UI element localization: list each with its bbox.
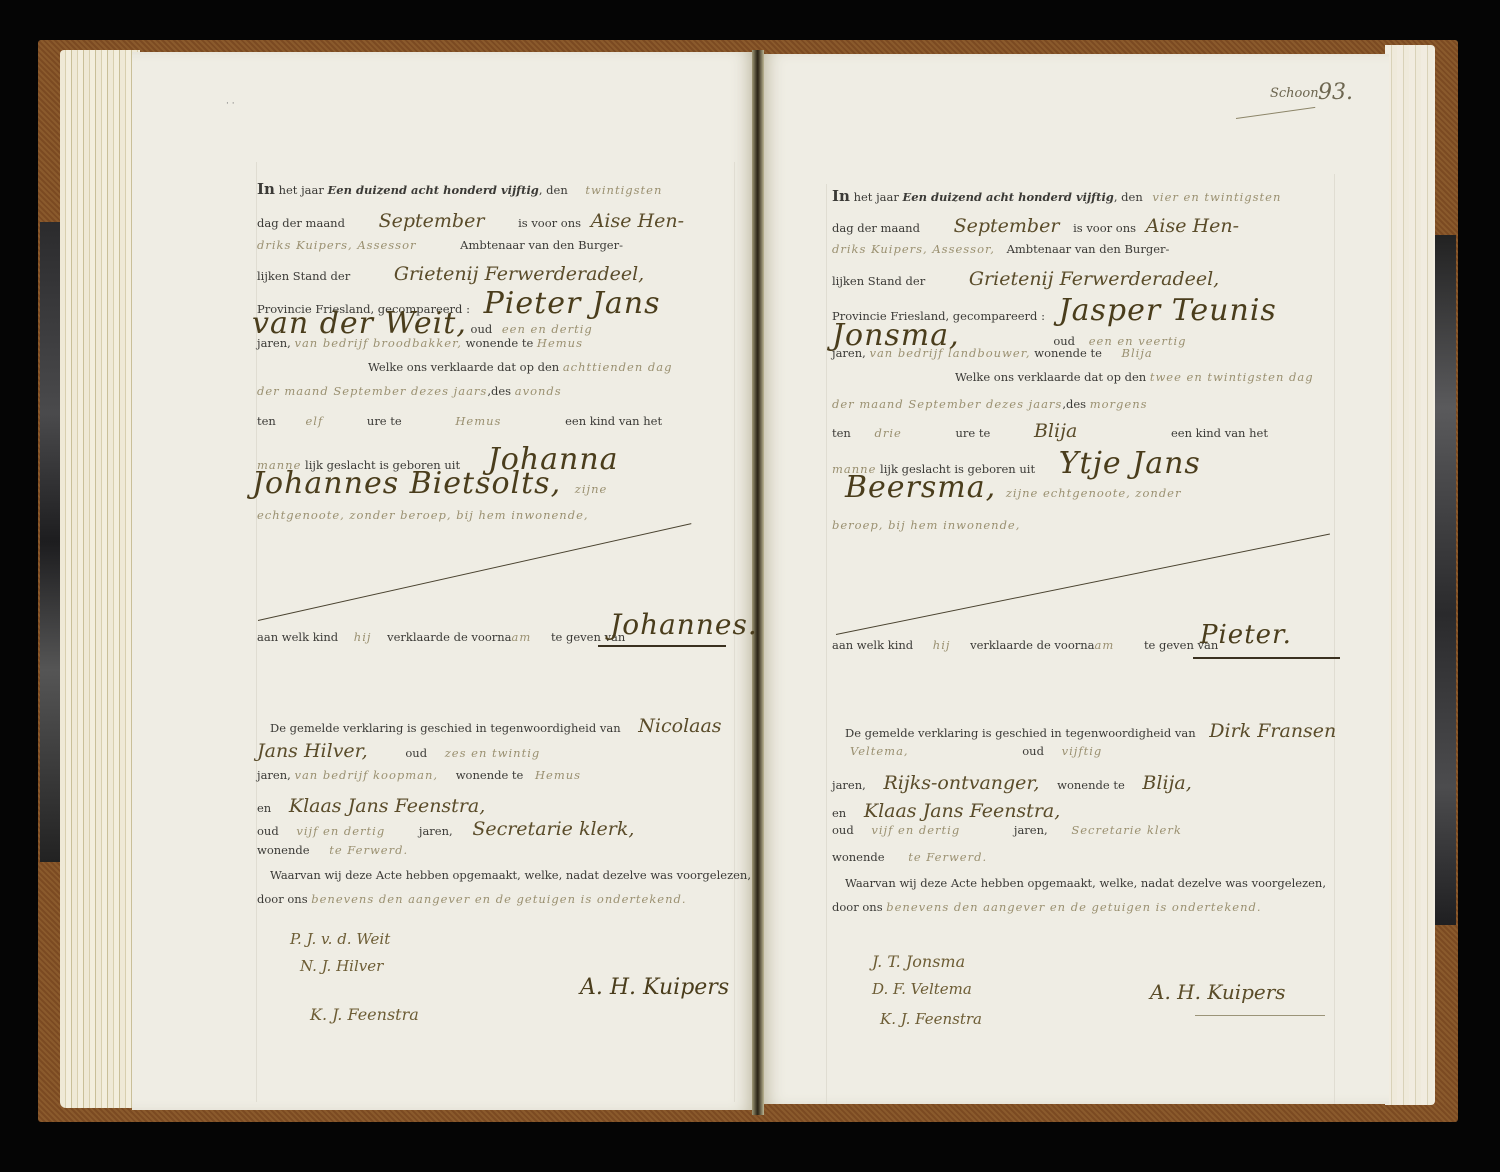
label-oud: oud: [405, 746, 427, 760]
handwritten-witness2-occupation: Secretarie klerk,: [472, 818, 634, 840]
label-een-kind: een kind van het: [565, 414, 662, 428]
label-ure-te: ure te: [367, 414, 402, 428]
handwritten-witness1-name: Dirk Fransen: [1209, 720, 1336, 742]
name-underline: [1193, 657, 1340, 659]
handwritten-witness1-name: Nicolaas: [638, 715, 721, 737]
handwritten-age: een en dertig: [502, 322, 593, 336]
label-ten: ten: [257, 414, 276, 428]
handwritten-official-cont: driks Kuipers, Assessor,: [832, 242, 995, 256]
handwritten-day: vier en twintigsten: [1152, 190, 1281, 204]
label-voornaam: verklaarde de voorna: [970, 638, 1094, 652]
signature-declarant: P. J. v. d. Weit: [290, 930, 390, 948]
handwritten-hij: hij: [354, 630, 372, 644]
handwritten-municipality: Grietenij Ferwerderadeel,: [969, 268, 1219, 290]
signature-witness1: N. J. Hilver: [300, 957, 383, 975]
handwritten-witness1-surname: Veltema,: [850, 744, 909, 758]
label-den: , den: [1114, 190, 1143, 204]
label-oud: oud: [832, 823, 854, 837]
handwritten-municipality: Grietenij Ferwerderadeel,: [394, 263, 644, 285]
label-voornaam: verklaarde de voorna: [387, 630, 511, 644]
handwritten-birth-place: Hemus: [455, 414, 501, 428]
handwritten-hij: hij: [933, 638, 951, 652]
label-de-gemelde: De gemelde verklaring is geschied in teg…: [270, 721, 621, 735]
margin-rule: [826, 184, 827, 1104]
label-wonende: wonende: [832, 850, 885, 864]
handwritten-birth-month: der maand September dezes jaars: [832, 397, 1062, 411]
label-een-kind: een kind van het: [1171, 426, 1268, 440]
marbled-corner-left: [40, 222, 62, 862]
handwritten-witness2-age: vijf en dertig: [871, 823, 960, 837]
page-edges-right: [1385, 45, 1435, 1105]
signature-official: A. H. Kuipers: [1150, 980, 1286, 1004]
initial-in: In: [832, 187, 850, 205]
label-wonende: wonende: [257, 843, 310, 857]
handwritten-witness1-residence: Hemus: [535, 768, 581, 782]
handwritten-residence: Blija: [1122, 346, 1153, 360]
page-edges-left: [60, 50, 140, 1108]
handwritten-mother-details: zijne echtgenoote, zonder: [1006, 486, 1182, 500]
signature-declarant: J. T. Jonsma: [872, 952, 965, 971]
label-year: het jaar: [279, 183, 324, 197]
year-words: Een duizend acht honderd vijftig: [903, 190, 1114, 204]
signature-official: A. H. Kuipers: [580, 975, 729, 1000]
handwritten-witness2-residence: te Ferwerd.: [908, 850, 987, 864]
handwritten-witness2-occupation: Secretarie klerk: [1071, 823, 1181, 837]
handwritten-witness1-occupation: van bedrijf koopman,: [294, 768, 438, 782]
handwritten-witness2-residence: te Ferwerd.: [329, 843, 408, 857]
label-oud: oud: [1022, 744, 1044, 758]
handwritten-time-of-day: morgens: [1090, 397, 1148, 411]
label-dag-der-maand: dag der maand: [257, 216, 345, 230]
handwritten-residence: Hemus: [537, 336, 583, 350]
label-des: ,des: [1062, 397, 1086, 411]
handwritten-witness1-residence: Blija,: [1142, 772, 1191, 794]
handwritten-occupation: van bedrijf broodbakker,: [294, 336, 462, 350]
label-jaren: jaren,: [832, 778, 866, 792]
handwritten-witness1-surname: Jans Hilver,: [257, 740, 368, 762]
label-jaren: jaren,: [419, 824, 453, 838]
name-underline: [598, 645, 726, 647]
label-door-ons: door ons: [832, 900, 883, 914]
book-gutter: [752, 50, 764, 1115]
label-voor-ons: is voor ons: [518, 216, 581, 230]
label-waarvan: Waarvan wij deze Acte hebben opgemaakt, …: [270, 868, 751, 882]
label-oud: oud: [257, 824, 279, 838]
margin-rule: [1334, 174, 1335, 1104]
label-jaren: jaren,: [257, 768, 291, 782]
label-en: en: [257, 801, 271, 815]
page-mark: · ·: [226, 99, 235, 109]
folio-number: 93.: [1318, 80, 1353, 105]
label-burgerlijke-stand: lijken Stand der: [832, 274, 925, 288]
label-aan-welk-kind: aan welk kind: [257, 630, 338, 644]
label-ure-te: ure te: [956, 426, 991, 440]
handwritten-day: twintigsten: [585, 183, 662, 197]
handwritten-official-cont: driks Kuipers, Assessor: [257, 238, 417, 252]
label-des: ,des: [487, 384, 511, 398]
handwritten-am: am: [512, 630, 532, 644]
label-jaren: jaren,: [1014, 823, 1048, 837]
handwritten-signing-clause: benevens den aangever en de getuigen is …: [311, 892, 686, 906]
label-wonende-te: wonende te: [466, 336, 534, 350]
initial-in: In: [257, 180, 275, 198]
year-words: Een duizend acht honderd vijftig: [328, 183, 539, 197]
label-welke: Welke ons verklaarde dat op den: [368, 360, 559, 374]
handwritten-hour: elf: [306, 414, 324, 428]
handwritten-birth-place: Blija: [1034, 420, 1077, 442]
handwritten-witness2-name: Klaas Jans Feenstra,: [864, 800, 1060, 822]
label-de-gemelde: De gemelde verklaring is geschied in teg…: [845, 726, 1196, 740]
label-door-ons: door ons: [257, 892, 308, 906]
label-ten: ten: [832, 426, 851, 440]
folio-prefix: Schoon: [1270, 86, 1319, 101]
handwritten-witness2-name: Klaas Jans Feenstra,: [289, 795, 485, 817]
label-jaren: jaren,: [832, 346, 866, 360]
handwritten-witness1-age: zes en twintig: [445, 746, 541, 760]
label-wonende-te: wonende te: [1057, 778, 1125, 792]
label-burgerlijke-stand: lijken Stand der: [257, 269, 350, 283]
handwritten-mother-surname: Johannes Bietsolts,: [252, 466, 561, 501]
handwritten-witness2-age: vijf en dertig: [296, 824, 385, 838]
handwritten-time-of-day: avonds: [515, 384, 562, 398]
label-wonende-te: wonende te: [456, 768, 524, 782]
handwritten-month: September: [379, 210, 485, 232]
right-page: [764, 54, 1389, 1104]
handwritten-occupation: van bedrijf landbouwer,: [869, 346, 1030, 360]
signature-witness2: K. J. Feenstra: [880, 1010, 982, 1028]
handwritten-child-name: Pieter.: [1200, 620, 1292, 650]
label-oud: oud: [471, 322, 493, 336]
handwritten-signing-clause: benevens den aangever en de getuigen is …: [886, 900, 1261, 914]
handwritten-child-name: Johannes.: [610, 608, 758, 641]
label-waarvan: Waarvan wij deze Acte hebben opgemaakt, …: [845, 876, 1326, 890]
handwritten-zijne: zijne: [575, 482, 608, 496]
handwritten-hour: drie: [875, 426, 902, 440]
label-aan-welk-kind: aan welk kind: [832, 638, 913, 652]
label-dag-der-maand: dag der maand: [832, 221, 920, 235]
handwritten-mother-details-cont: beroep, bij hem inwonende,: [832, 518, 1020, 532]
handwritten-birth-month: der maand September dezes jaars: [257, 384, 487, 398]
label-ambtenaar: Ambtenaar van den Burger-: [460, 238, 623, 252]
label-voor-ons: is voor ons: [1073, 221, 1136, 235]
label-ambtenaar: Ambtenaar van den Burger-: [1007, 242, 1170, 256]
handwritten-mother-surname: Beersma,: [845, 470, 996, 505]
label-en: en: [832, 806, 846, 820]
handwritten-witness1-occupation: Rijks-ontvanger,: [883, 772, 1039, 794]
label-den: , den: [539, 183, 568, 197]
handwritten-official: Aise Hen-: [1146, 215, 1239, 237]
label-welke: Welke ons verklaarde dat op den: [955, 370, 1146, 384]
label-year: het jaar: [854, 190, 899, 204]
handwritten-birth-date: achttienden dag: [563, 360, 673, 374]
signature-witness2: K. J. Feenstra: [310, 1005, 419, 1024]
handwritten-mother-details: echtgenoote, zonder beroep, bij hem inwo…: [257, 508, 589, 522]
handwritten-month: September: [954, 215, 1060, 237]
signature-witness1: D. F. Veltema: [872, 980, 972, 998]
label-jaren: jaren,: [257, 336, 291, 350]
label-wonende-te: wonende te: [1034, 346, 1102, 360]
signature-underline: [1195, 1015, 1325, 1016]
handwritten-official: Aise Hen-: [591, 210, 684, 232]
marbled-corner-right: [1434, 235, 1456, 925]
handwritten-am: am: [1095, 638, 1115, 652]
handwritten-witness1-age: vijftig: [1062, 744, 1103, 758]
handwritten-birth-date: twee en twintigsten dag: [1150, 370, 1314, 384]
